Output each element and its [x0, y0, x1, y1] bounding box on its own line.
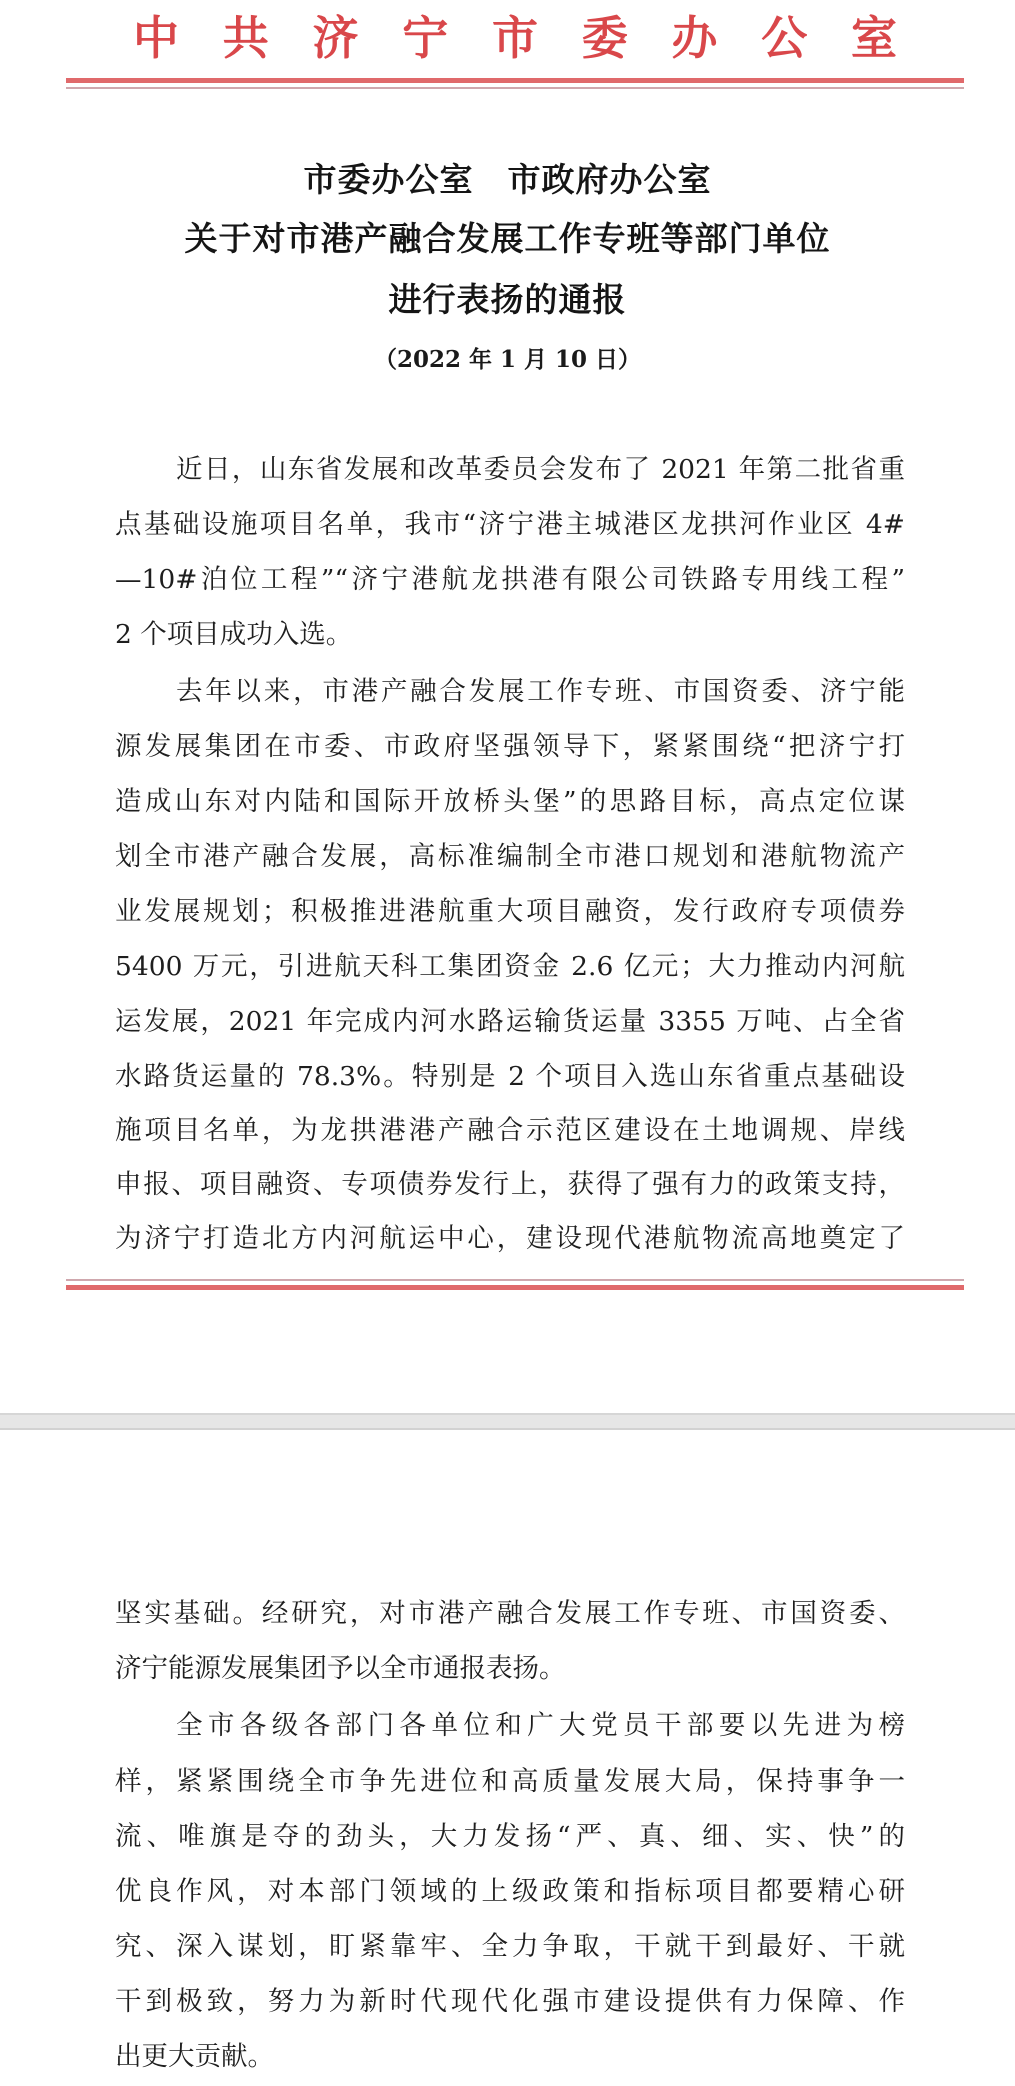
body-line: 运发展，2021 年完成内河水路运输货运量 3355 万吨、占全省: [115, 1005, 905, 1039]
masthead-char: 办: [669, 8, 721, 68]
footer-rule-thin: [66, 1279, 964, 1281]
document-page-1: 中 共 济 宁 市 委 办 公 室 市委办公室 市政府办公室 关于对市港产融合发…: [0, 0, 1015, 1413]
body-line: 出更大贡献。: [115, 2040, 905, 2074]
body-line: 去年以来，市港产融合发展工作专班、市国资委、济宁能: [176, 675, 905, 709]
body-line: 全市各级各部门各单位和广大党员干部要以先进为榜: [176, 1709, 905, 1743]
body-line: 水路货运量的 78.3%。特别是 2 个项目入选山东省重点基础设: [115, 1060, 905, 1094]
body-line: 业发展规划；积极推进港航重大项目融资，发行政府专项债券: [115, 895, 905, 929]
title-issuers: 市委办公室 市政府办公室: [0, 160, 1015, 200]
body-line: 流、唯旗是夺的劲头，大力发扬“严、真、细、实、快”的: [115, 1820, 905, 1854]
body-line: 坚实基础。经研究，对市港产融合发展工作专班、市国资委、: [115, 1597, 905, 1631]
document-date: （2022 年 1 月 10 日）: [0, 345, 1015, 375]
masthead-char: 公: [758, 8, 810, 68]
masthead-char: 济: [310, 8, 362, 68]
title-line-3: 进行表扬的通报: [0, 280, 1015, 320]
body-line: 施项目名单，为龙拱港港产融合示范区建设在土地调规、岸线: [115, 1114, 905, 1148]
body-line: 造成山东对内陆和国际开放桥头堡”的思路目标，高点定位谋: [115, 785, 905, 819]
body-line: 点基础设施项目名单，我市“济宁港主城港区龙拱河作业区 4#: [115, 508, 905, 542]
body-line: —10#泊位工程”“济宁港航龙拱港有限公司铁路专用线工程”: [115, 563, 905, 597]
masthead-char: 共: [220, 8, 272, 68]
masthead-char: 委: [579, 8, 631, 68]
body-line: 样，紧紧围绕全市争先进位和高质量发展大局，保持事争一: [115, 1765, 905, 1799]
body-line: 究、深入谋划，盯紧靠牢、全力争取，干就干到最好、干就: [115, 1930, 905, 1964]
masthead: 中 共 济 宁 市 委 办 公 室: [130, 8, 900, 68]
masthead-char: 宁: [399, 8, 451, 68]
body-line: 干到极致，努力为新时代现代化强市建设提供有力保障、作: [115, 1985, 905, 2019]
body-line: 源发展集团在市委、市政府坚强领导下，紧紧围绕“把济宁打: [115, 730, 905, 764]
page-separator: [0, 1413, 1015, 1430]
document-page-2: 坚实基础。经研究，对市港产融合发展工作专班、市国资委、 济宁能源发展集团予以全市…: [0, 1430, 1015, 2086]
body-line: 为济宁打造北方内河航运中心，建设现代港航物流高地奠定了: [115, 1222, 905, 1256]
body-line: 济宁能源发展集团予以全市通报表扬。: [115, 1652, 905, 1686]
body-line: 申报、项目融资、专项债券发行上，获得了强有力的政策支持，: [115, 1168, 905, 1202]
masthead-char: 市: [489, 8, 541, 68]
masthead-rule-thick: [66, 78, 964, 83]
masthead-rule-thin: [66, 87, 964, 89]
footer-rule-thick: [66, 1285, 964, 1290]
body-line: 优良作风，对本部门领域的上级政策和指标项目都要精心研: [115, 1875, 905, 1909]
masthead-char: 中: [130, 8, 182, 68]
body-line: 划全市港产融合发展，高标准编制全市港口规划和港航物流产: [115, 840, 905, 874]
body-line: 5400 万元，引进航天科工集团资金 2.6 亿元；大力推动内河航: [115, 950, 905, 984]
body-line: 近日，山东省发展和改革委员会发布了 2021 年第二批省重: [176, 453, 905, 487]
masthead-char: 室: [848, 8, 900, 68]
title-line-2: 关于对市港产融合发展工作专班等部门单位: [0, 219, 1015, 259]
body-line: 2 个项目成功入选。: [115, 618, 905, 652]
